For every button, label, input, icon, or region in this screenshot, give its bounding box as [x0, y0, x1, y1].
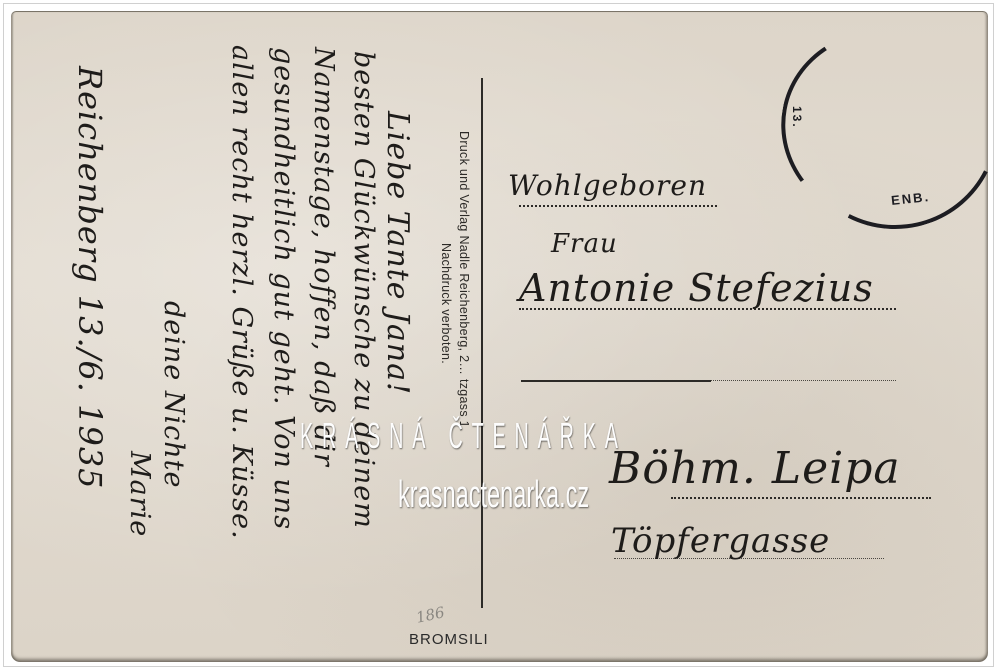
address-street: Töpfergasse [611, 521, 830, 561]
message-line-5: allen recht herzl. Grüße u. Küsse. [226, 45, 257, 540]
watermark-title: KRÁSNÁ ČTENÁŘKA [300, 415, 627, 457]
publisher-imprint: Druck und Verlag Nadle Reichenberg, 2… t… [457, 131, 471, 432]
message-line-1: Liebe Tante Jana! [380, 111, 415, 395]
pencil-note: 186 [414, 603, 446, 627]
signature-line-2: Marie [124, 451, 155, 537]
address-line-3 [521, 380, 711, 382]
address-city: Böhm. Leipa [609, 443, 901, 494]
message-line-3: Namenstage, hoffen, daß dir [308, 47, 339, 467]
message-line-4: gesundheitlich gut geht. Von uns [268, 47, 299, 530]
postmark-left-text: 13. [790, 106, 804, 129]
address-line-4 [671, 497, 931, 499]
address-name: Antonie Stefezius [519, 266, 874, 310]
bottom-imprint: BROMSILI [409, 631, 489, 648]
postmark-bottom-arc [764, 11, 988, 256]
copyright-notice: Nachdruck verboten. [439, 243, 453, 364]
signature-line-1: deine Nichte [158, 301, 189, 488]
address-line-1 [519, 205, 717, 207]
watermark-url: krasnactenarka.cz [398, 474, 589, 517]
postcard-back: ENB. 13. Druck und Verlag Nadle Reichenb… [11, 11, 988, 662]
center-divider [481, 78, 483, 608]
place-date: Reichenberg 13./6. 1935 [71, 66, 109, 490]
message-line-2: besten Glückwünsche zu deinem [348, 51, 379, 529]
address-line-3-dotted [711, 380, 896, 381]
address-title: Frau [551, 229, 618, 259]
address-salutation: Wohlgeboren [508, 169, 707, 202]
